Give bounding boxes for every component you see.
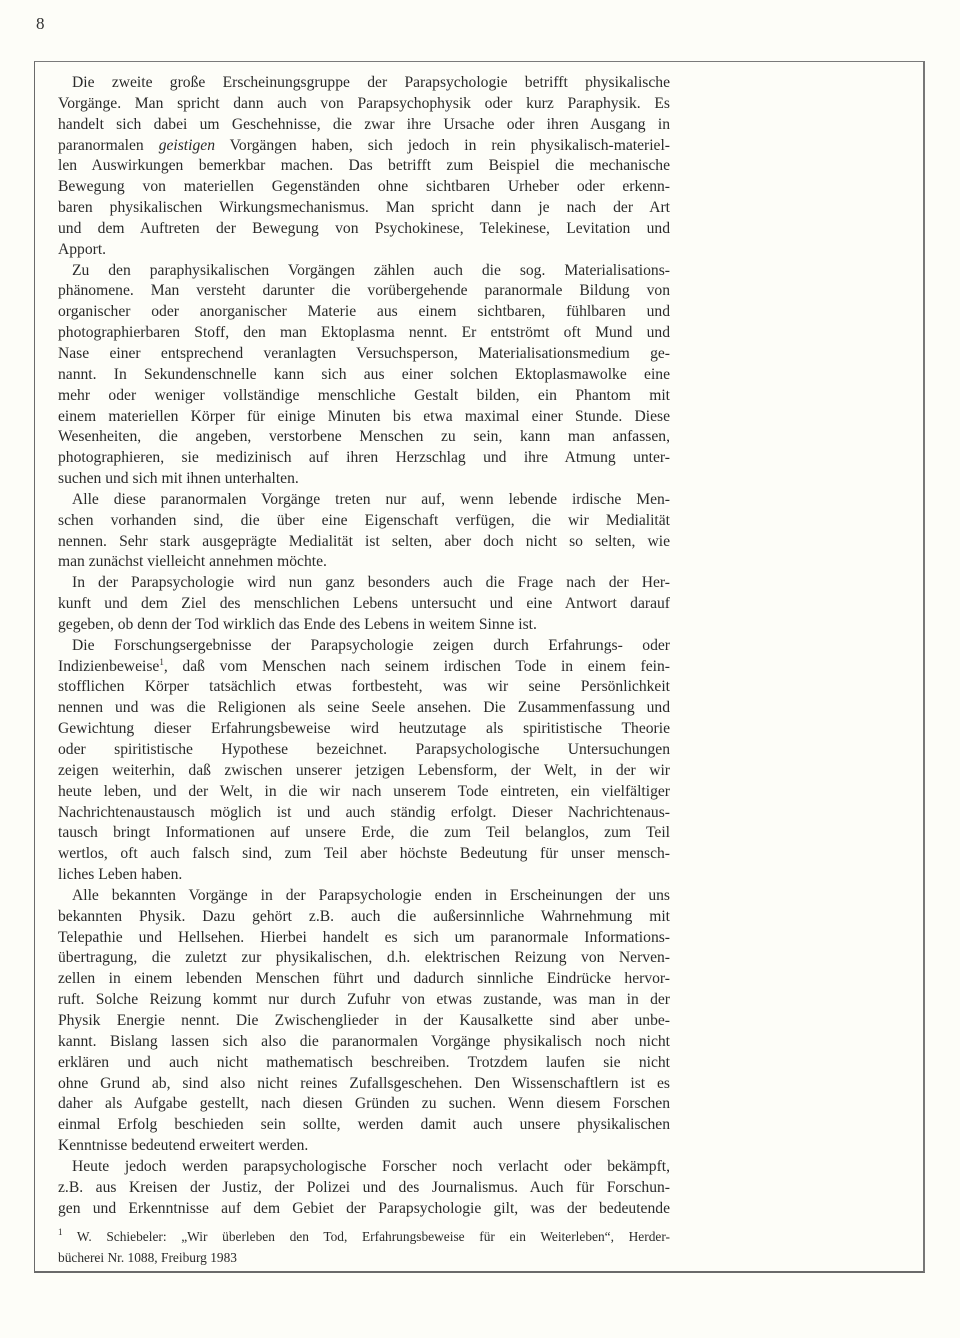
text-line: oder spiritistische Hypothese bezeichnet… — [58, 740, 670, 761]
text-line: heute leben, und der Welt, in die wir na… — [58, 782, 670, 803]
text-line: Wesenheiten, die angeben, verstorbene Me… — [58, 427, 670, 448]
text-line: z.B. aus Kreisen der Justiz, der Polizei… — [58, 1178, 670, 1199]
text-line: bekannten Physik. Dazu gehört z.B. auch … — [58, 907, 670, 928]
text-line: kunft und dem Ziel des menschlichen Lebe… — [58, 594, 670, 615]
text-run: Vorgängen haben, sich jedoch in rein phy… — [215, 137, 670, 154]
text-run: , daß vom Menschen nach seinem irdischen… — [164, 658, 670, 675]
text-line: baren physikalischen Wirkungsmechanismus… — [58, 198, 670, 219]
text-line: liches Leben haben. — [58, 865, 670, 886]
text-line: Indizienbeweise1, daß vom Menschen nach … — [58, 657, 670, 678]
text-line: Apport. — [58, 240, 670, 261]
text-line: einem materiellen Körper für einige Minu… — [58, 407, 670, 428]
text-line: gegeben, ob denn der Tod wirklich das En… — [58, 615, 670, 636]
text-line: nennen und was die Religionen als seine … — [58, 698, 670, 719]
text-line: erklären und auch nicht mathematisch bes… — [58, 1053, 670, 1074]
text-line: photographieren, sie medizinisch auf ihr… — [58, 448, 670, 469]
text-line: ohne Grund ab, sind also nicht reines Zu… — [58, 1074, 670, 1095]
text-line: kannt. Bislang lassen sich also die para… — [58, 1032, 670, 1053]
text-line: Zu den paraphysikalischen Vorgängen zähl… — [58, 261, 670, 282]
text-line: Gewichtung dieser Erfahrungsbeweise wird… — [58, 719, 670, 740]
text-line: Nase einer entsprechend veranlagten Vers… — [58, 344, 670, 365]
text-line: len Auswirkungen bemerkbar machen. Das b… — [58, 156, 670, 177]
text-line: ruft. Solche Reizung kommt nur durch Zuf… — [58, 990, 670, 1011]
text-line: Die zweite große Erscheinungsgruppe der … — [58, 73, 670, 94]
footnote-line-1: 1 W. Schiebeler: „Wir überleben den Tod,… — [58, 1228, 670, 1249]
text-line: übertragung, die zuletzt zur physikalisc… — [58, 948, 670, 969]
text-line: einmal Erfolg beschieden sein sollte, we… — [58, 1115, 670, 1136]
text-line: Alle bekannten Vorgänge in der Parapsych… — [58, 886, 670, 907]
text-line: paranormalen geistigen Vorgängen haben, … — [58, 136, 670, 157]
text-line: Physik Energie nennt. Die Zwischengliede… — [58, 1011, 670, 1032]
text-line: Kenntnisse bedeutend erweitert werden. — [58, 1136, 670, 1157]
text-line: tausch bringt Informationen auf unsere E… — [58, 823, 670, 844]
text-line: In der Parapsychologie wird nun ganz bes… — [58, 573, 670, 594]
text-line: phänomene. Man versteht darunter die vor… — [58, 281, 670, 302]
text-line: mehr oder weniger vollständige menschlic… — [58, 386, 670, 407]
emphasis-text: geistigen — [159, 137, 215, 154]
text-line: Die Forschungsergebnisse der Parapsychol… — [58, 636, 670, 657]
text-line: man zunächst vielleicht annehmen möchte. — [58, 552, 670, 573]
text-line: Heute jedoch werden parapsychologische F… — [58, 1157, 670, 1178]
text-line: Alle diese paranormalen Vorgänge treten … — [58, 490, 670, 511]
footnote: 1 W. Schiebeler: „Wir überleben den Tod,… — [58, 1228, 670, 1270]
text-line: wertlos, oft auch falsch sind, zum Teil … — [58, 844, 670, 865]
footnote-line-2: bücherei Nr. 1088, Freiburg 1983 — [58, 1249, 670, 1270]
text-line: schen vorhanden sind, die über eine Eige… — [58, 511, 670, 532]
text-line: Nachrichtenaustausch möglich ist und auc… — [58, 803, 670, 824]
text-line: daher als Aufgabe gestellt, nach diesen … — [58, 1094, 670, 1115]
text-line: zeigen weiterhin, daß zwischen unserer j… — [58, 761, 670, 782]
text-run: Indizienbeweise — [58, 658, 159, 675]
page-number: 8 — [36, 14, 45, 34]
text-line: suchen und sich mit ihnen unterhalten. — [58, 469, 670, 490]
text-line: Bewegung von materiellen Gegenständen oh… — [58, 177, 670, 198]
text-line: photographierbaren Stoff, den man Ektopl… — [58, 323, 670, 344]
text-line: nennen. Sehr stark ausgeprägte Medialitä… — [58, 532, 670, 553]
text-line: und dem Auftreten der Bewegung von Psych… — [58, 219, 670, 240]
text-run: paranormalen — [58, 137, 159, 154]
text-line: handelt sich dabei um Geschehnisse, die … — [58, 115, 670, 136]
text-line: Vorgänge. Man spricht dann auch von Para… — [58, 94, 670, 115]
text-line: stofflichen Körper tatsächlich etwas for… — [58, 677, 670, 698]
text-line: organischer oder anorganischer Materie a… — [58, 302, 670, 323]
text-line: gen und Erkenntnisse auf dem Gebiet der … — [58, 1199, 670, 1220]
text-line: zellen in einem lebenden Menschen führt … — [58, 969, 670, 990]
text-line: nannt. In Sekundenschnelle kann sich aus… — [58, 365, 670, 386]
footnote-text-1: W. Schiebeler: „Wir überleben den Tod, E… — [63, 1229, 671, 1244]
body-text: Die zweite große Erscheinungsgruppe der … — [58, 73, 670, 1219]
text-line: Telepathie und Hellsehen. Hierbei handel… — [58, 928, 670, 949]
